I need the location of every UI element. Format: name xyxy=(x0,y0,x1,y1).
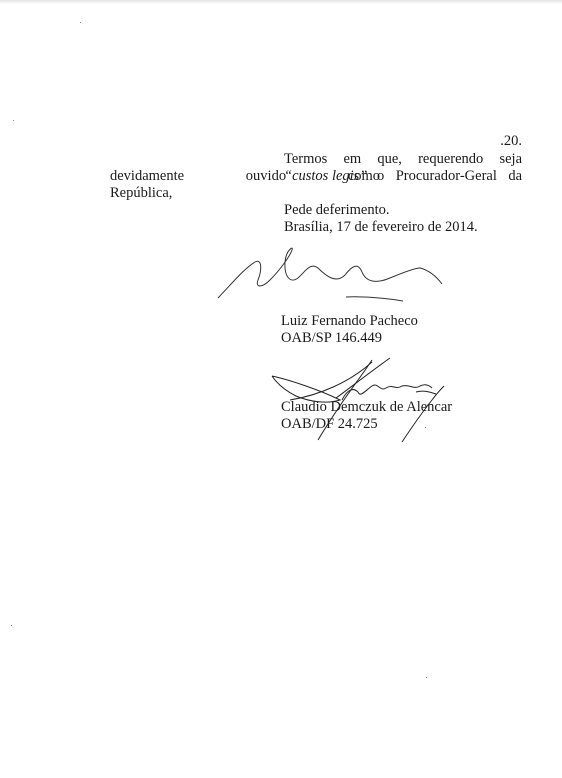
scan-speck xyxy=(425,427,426,428)
scan-speck xyxy=(80,22,81,23)
scan-speck xyxy=(13,120,14,121)
scan-speck xyxy=(426,677,427,678)
signature-claudio-alencar xyxy=(0,0,562,778)
scan-speck xyxy=(11,625,12,626)
